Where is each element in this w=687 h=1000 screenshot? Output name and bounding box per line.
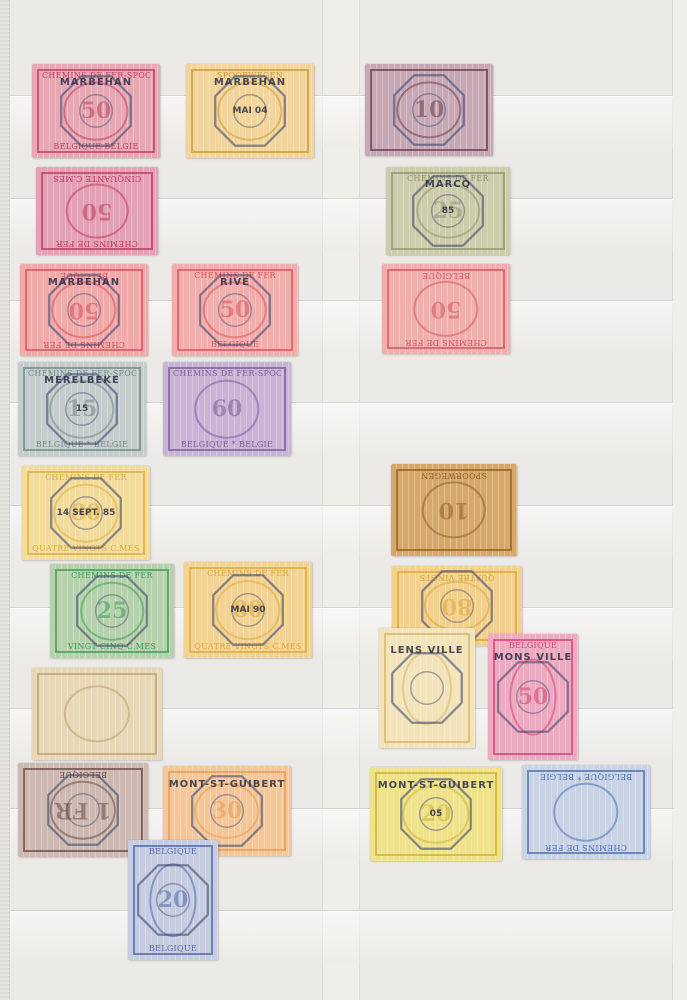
stamp: CINQUANTE C.MESCHEMINS DE FER50 [36, 167, 158, 255]
stamp: BELGIQUECHEMINS DE FER50 [382, 264, 510, 354]
postmark-cancel [46, 773, 120, 847]
stamp-top-inscription: BELGIQUE [392, 271, 500, 280]
stamp: BELGIQUE * BELGIECHEMINS DE FER [522, 765, 650, 859]
postmark-date: 14 SEPT. 85 [22, 508, 150, 518]
postmark-town: RIVE [172, 277, 298, 288]
stamp-bottom-inscription: BELGIQUE [138, 944, 208, 953]
stamp [32, 668, 162, 760]
stamp: BELGIQUEBELGIQUE20 [128, 840, 218, 960]
stamp: CHEMINS DE FERVINGT CINQ C.MES25 [50, 564, 174, 658]
page-right-edge [672, 0, 687, 1000]
postmark-town: MARBEHAN [20, 277, 148, 288]
stamp-bottom-inscription: CHEMINS DE FER [392, 338, 500, 347]
stamp: 10 [365, 64, 493, 156]
stamp-value: 60 [163, 396, 291, 422]
stamp-bottom-inscription: CHEMINS DE FER [46, 239, 148, 248]
postmark-date: 85 [386, 206, 510, 216]
postmark-town: MARBEHAN [32, 77, 160, 88]
postmark-town: LENS VILLE [379, 645, 475, 656]
stamp: BELGIQUE50MONS VILLE [488, 634, 578, 760]
stamp-top-inscription: BELGIQUE * BELGIE [532, 772, 640, 781]
postmark-cancel [75, 574, 149, 648]
stamp-bottom-inscription: BELGIQUE * BELGIE [173, 440, 281, 449]
postmark-cancel [136, 863, 210, 937]
page-binding-edge [0, 0, 10, 1000]
stamp: CHEMINS DE FERQUATRE VINGTS C.MES80MAI 9… [184, 562, 312, 658]
stamp: CHEMINS DE FER-SPOORWEGENBELGIQUE BELGIE… [32, 64, 160, 158]
stamp: LENS VILLE [379, 628, 475, 748]
postmark-town: MONT-ST-GUIBERT [163, 779, 291, 790]
postmark-cancel [390, 651, 464, 725]
stamp: CHEMINS DE FER-SPOORWEGENBELGIQUE * BELG… [163, 362, 291, 456]
postmark-date: 15 [18, 404, 146, 414]
stamp: CHEMINS DE FER-SPOORWEGENBELGIQUE * BELG… [18, 362, 146, 456]
stamp-value: 50 [36, 198, 158, 224]
stockbook-page: CHEMINS DE FER-SPOORWEGENBELGIQUE BELGIE… [0, 0, 687, 1000]
stamp: CHEMINS DE FERQUATRE VINGTS C.MES8014 SE… [22, 466, 150, 560]
postmark-date: 05 [370, 809, 502, 819]
stamp-top-inscription: BELGIQUE [138, 847, 208, 856]
stamp-top-inscription: BELGIQUE [498, 641, 568, 650]
postmark-town: MERELBEKE [18, 375, 146, 386]
stamp: SPOORWEGEN10 [391, 464, 517, 556]
stamp: CHEMINS DE FERBELGIQUE50RIVE [172, 264, 298, 356]
stamp: 20MONT-ST-GUIBERT05 [370, 767, 502, 861]
stamp-top-inscription: CHEMINS DE FER-SPOORWEGEN [173, 369, 281, 378]
postmark-town: MONS VILLE [488, 652, 578, 663]
coat-of-arms-emblem [553, 783, 618, 842]
postmark-town: MARCQ [386, 179, 510, 190]
stamp-value: 10 [391, 497, 517, 523]
postmark-cancel [392, 73, 466, 147]
stamp-top-inscription: CINQUANTE C.MES [46, 174, 148, 183]
stamp-top-inscription: SPOORWEGEN [401, 471, 507, 480]
stamp: SPOORWEGENMARBEHANMAI 04 [186, 64, 314, 158]
stamp: BELGIQUECHEMINS DE FER50MARBEHAN [20, 264, 148, 356]
stock-strip [10, 910, 673, 963]
postmark-town: MONT-ST-GUIBERT [370, 780, 502, 791]
stamp-value: 50 [382, 296, 510, 322]
postmark-town: MARBEHAN [186, 77, 314, 88]
postmark-cancel [496, 660, 570, 734]
stamp: CHEMINS DE FER25MARCQ85 [386, 167, 510, 255]
postmark-date: MAI 04 [186, 106, 314, 116]
stamp-bottom-inscription: CHEMINS DE FER [532, 843, 640, 852]
postmark-date: MAI 90 [184, 605, 312, 615]
